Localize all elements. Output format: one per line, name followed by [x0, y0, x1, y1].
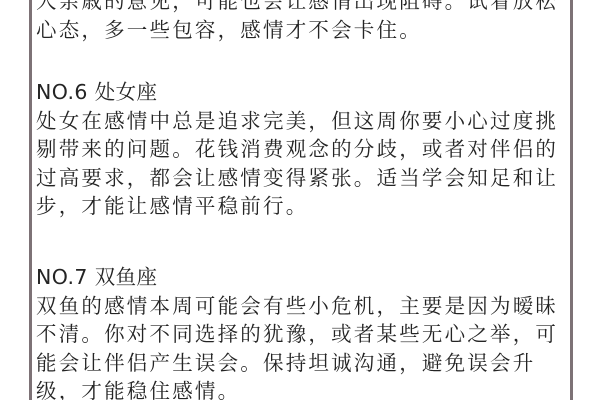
paragraph-line: 能会让伴侣产生误会。保持坦诚沟通，避免误会升: [36, 349, 568, 378]
paragraph-line: 人亲戚的意见，可能也会让感情出现阻碍。试着放松: [36, 0, 568, 16]
paragraph-line: 级，才能稳住感情。: [36, 377, 568, 400]
paragraph-line: 心态，多一些包容，感情才不会卡住。: [36, 16, 568, 45]
article-frame: 人亲戚的意见，可能也会让感情出现阻碍。试着放松 心态，多一些包容，感情才不会卡住…: [29, 0, 573, 400]
paragraph-line: 步，才能让感情平稳前行。: [36, 192, 568, 221]
paragraph-line: 处女在感情中总是追求完美，但这周你要小心过度挑: [36, 107, 568, 136]
section-heading: NO.6 处女座: [36, 78, 568, 107]
section-heading: NO.7 双鱼座: [36, 263, 568, 292]
section-virgo: NO.6 处女座 处女在感情中总是追求完美，但这周你要小心过度挑 剔带来的问题。…: [36, 78, 568, 221]
paragraph-line: 不清。你对不同选择的犹豫，或者某些无心之举，可: [36, 320, 568, 349]
paragraph-line: 剔带来的问题。花钱消费观念的分歧，或者对伴侣的: [36, 135, 568, 164]
previous-section-tail: 人亲戚的意见，可能也会让感情出现阻碍。试着放松 心态，多一些包容，感情才不会卡住…: [36, 0, 568, 44]
paragraph-line: 过高要求，都会让感情变得紧张。适当学会知足和让: [36, 164, 568, 193]
section-pisces: NO.7 双鱼座 双鱼的感情本周可能会有些小危机，主要是因为暧昧 不清。你对不同…: [36, 263, 568, 400]
paragraph-line: 双鱼的感情本周可能会有些小危机，主要是因为暧昧: [36, 292, 568, 321]
